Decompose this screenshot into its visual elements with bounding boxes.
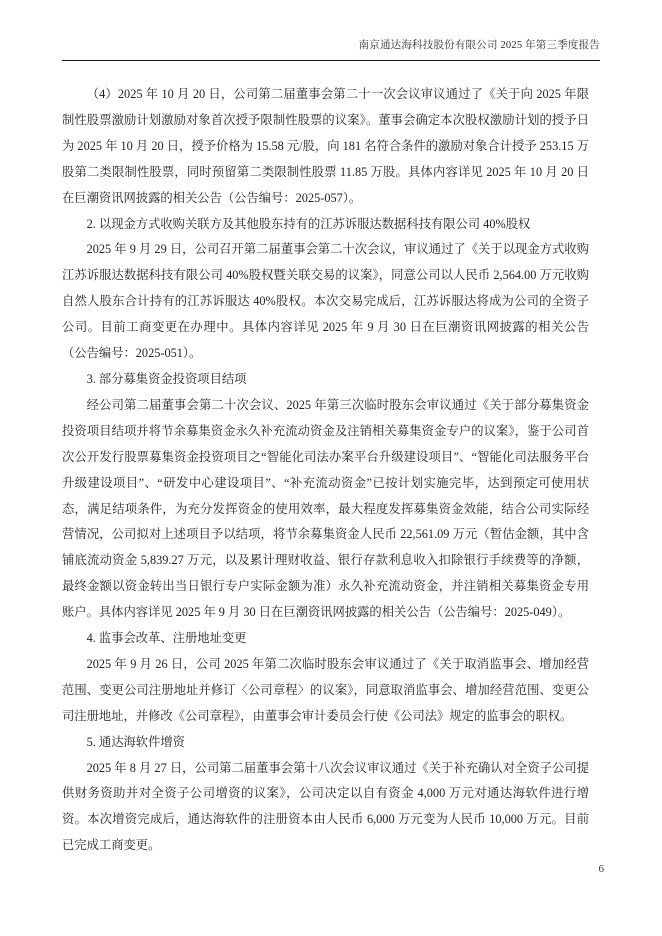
paragraph: （4）2025 年 10 月 20 日，公司第二届董事会第二十一次会议审议通过了… — [62, 82, 589, 212]
section-heading: 5. 通达海软件增资 — [62, 730, 589, 756]
section-heading: 3. 部分募集资金投资项目结项 — [62, 367, 589, 393]
paragraph: 经公司第二届董事会第二十次会议、2025 年第三次临时股东会审议通过《关于部分募… — [62, 393, 589, 626]
report-header-title: 南京通达海科技股份有限公司 2025 年第三季度报告 — [62, 37, 600, 52]
paragraph: 2025 年 9 月 29 日，公司召开第二届董事会第二十次会议，审议通过了《关… — [62, 237, 589, 367]
section-heading: 2. 以现金方式收购关联方及其他股东持有的江苏诉服达数据科技有限公司 40%股权 — [62, 212, 589, 238]
paragraph: 2025 年 8 月 27 日，公司第二届董事会第十八次会议审议通过《关于补充确… — [62, 756, 589, 860]
section-heading: 4. 监事会改革、注册地址变更 — [62, 626, 589, 652]
header-divider — [62, 60, 600, 61]
page-number: 6 — [599, 863, 605, 875]
report-page: 南京通达海科技股份有限公司 2025 年第三季度报告 （4）2025 年 10 … — [0, 0, 662, 936]
paragraph: 2025 年 9 月 26 日，公司 2025 年第二次临时股东会审议通过了《关… — [62, 652, 589, 730]
document-body: （4）2025 年 10 月 20 日，公司第二届董事会第二十一次会议审议通过了… — [62, 82, 589, 859]
